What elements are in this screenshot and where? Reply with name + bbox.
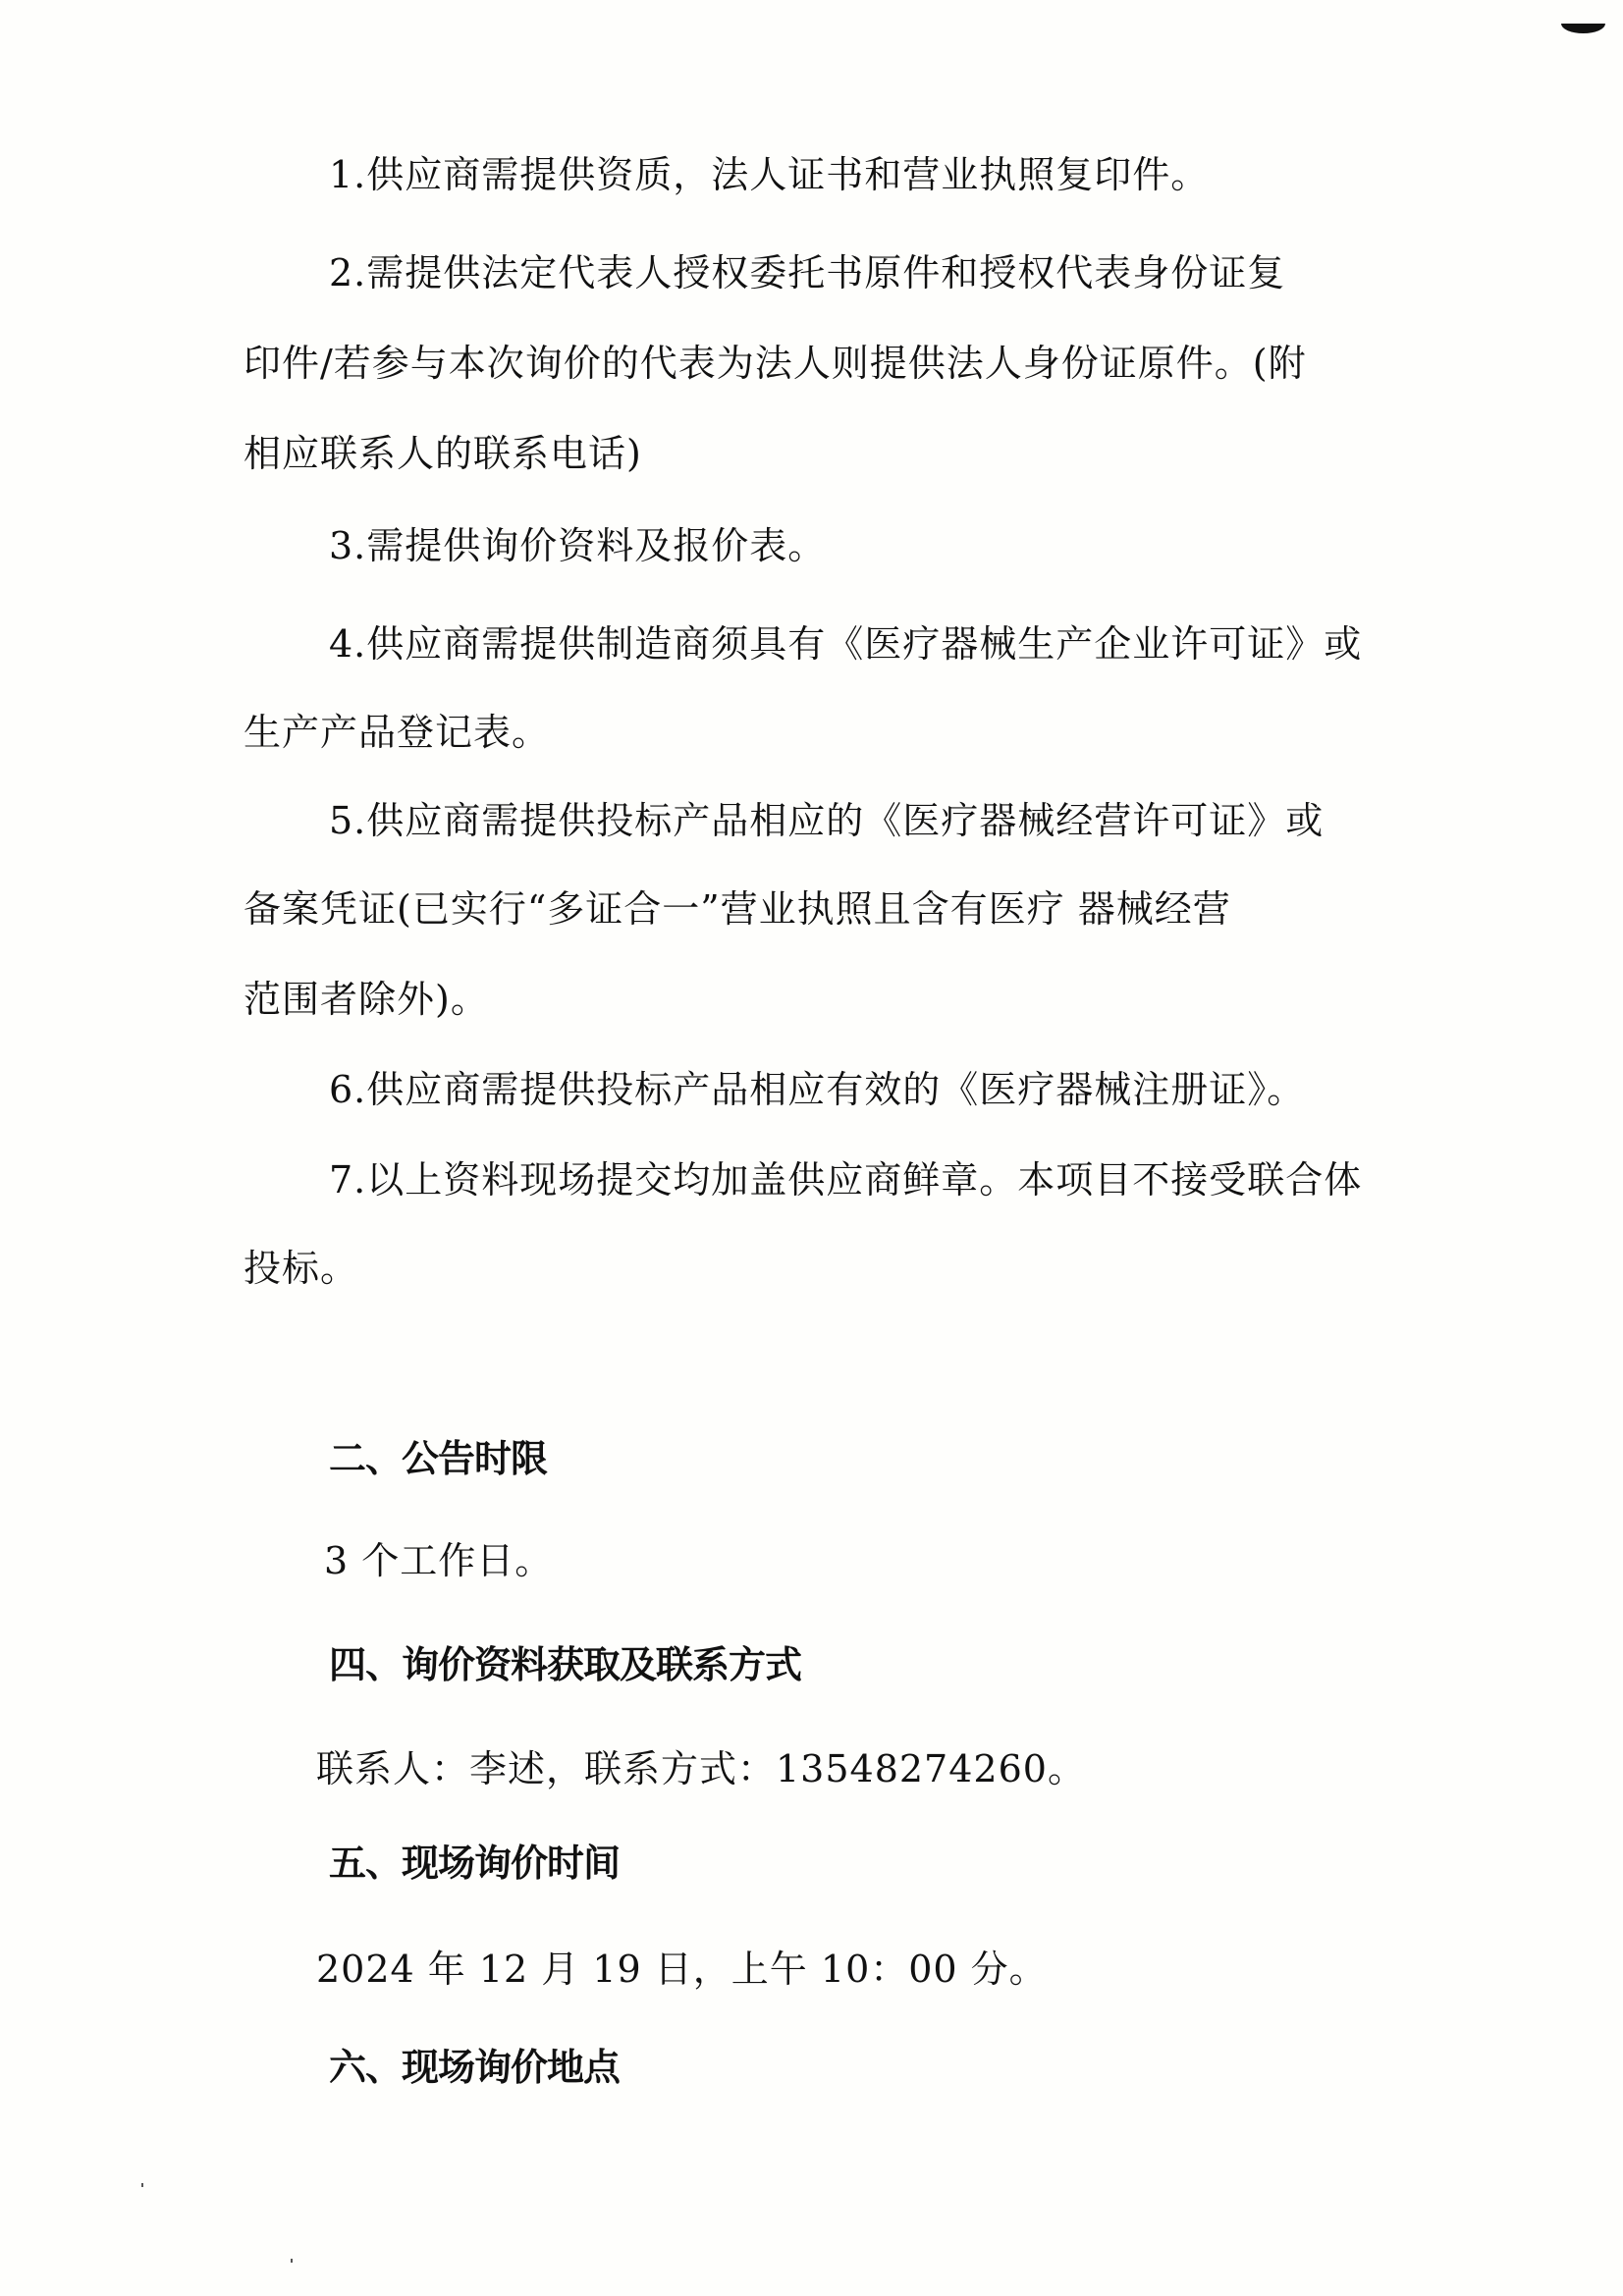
section-body-contact: 联系人：李述，联系方式：13548274260。 [316,1745,1086,1792]
requirement-6-line-1: 6.供应商需提供投标产品相应有效的《医疗器械注册证》。 [329,1066,1305,1113]
requirement-3-line-1: 3.需提供询价资料及报价表。 [329,522,826,569]
requirement-5-line-3: 范围者除外)。 [243,976,489,1023]
requirement-2-line-1: 2.需提供法定代表人授权委托书原件和授权代表身份证复 [329,249,1285,296]
scan-mark [1561,24,1605,33]
requirement-2-line-2: 印件/若参与本次询价的代表为法人则提供法人身份证原件。(附 [243,340,1307,387]
requirement-7-line-2: 投标。 [243,1245,358,1292]
section-heading-inquiry-location: 六、现场询价地点 [329,2044,620,2091]
scan-speck [291,2259,293,2263]
requirement-4-line-1: 4.供应商需提供制造商须具有《医疗器械生产企业许可证》或 [329,620,1362,667]
requirement-2-line-3: 相应联系人的联系电话) [243,430,642,477]
requirement-5-line-1: 5.供应商需提供投标产品相应的《医疗器械经营许可证》或 [329,797,1324,844]
section-body-inquiry-time: 2024 年 12 月 19 日，上午 10：00 分。 [316,1946,1048,1993]
requirement-4-line-2: 生产产品登记表。 [243,709,550,756]
section-body-announcement-period: 3 个工作日。 [324,1537,553,1584]
section-heading-announcement-period: 二、公告时限 [329,1435,547,1482]
section-heading-contact: 四、询价资料获取及联系方式 [329,1641,801,1688]
requirement-7-line-1: 7.以上资料现场提交均加盖供应商鲜章。本项目不接受联合体 [329,1156,1362,1203]
document-page: 1.供应商需提供资质，法人证书和营业执照复印件。 2.需提供法定代表人授权委托书… [0,0,1623,2296]
scan-speck [141,2183,143,2187]
requirement-5-line-2: 备案凭证(已实行“多证合一”营业执照且含有医疗 器械经营 [243,885,1231,933]
requirement-1-line-1: 1.供应商需提供资质，法人证书和营业执照复印件。 [329,151,1209,198]
section-heading-inquiry-time: 五、现场询价时间 [329,1840,620,1887]
